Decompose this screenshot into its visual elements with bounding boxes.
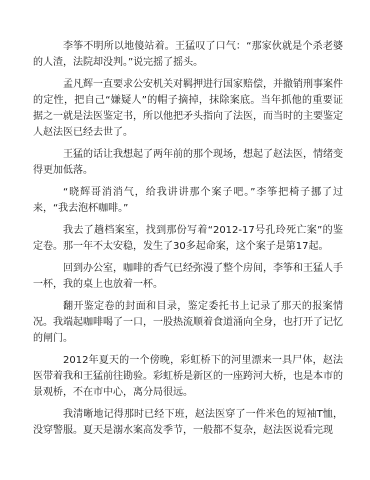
story-paragraph: 孟凡辉一直要求公安机关对羁押进行国家赔偿，并撤销刑事案件的定性，把自己“嫌疑人”…: [33, 77, 343, 141]
story-paragraph: “晓辉哥消消气，给我讲讲那个案子吧。”李筝把椅子挪了过来，“我去泡杯咖啡。”: [33, 185, 343, 217]
story-paragraph: 李筝不明所以地傻站着。王猛叹了口气：“那家伙就是个杀老婆的人渣，法院却没判。”说…: [33, 39, 343, 71]
story-paragraph: 2012年夏天的一个傍晚，彩虹桥下的河里漂来一具尸体，赵法医带着我和王猛前往勘验…: [33, 353, 343, 401]
story-paragraph: 王猛的话让我想起了两年前的那个现场，想起了赵法医，情绪变得更加低落。: [33, 147, 343, 179]
story-paragraph: 我去了趟档案室，找到那份写着“2012-17号孔玲死亡案”的鉴定卷。那一年不太安…: [33, 223, 343, 255]
story-paragraph: 翻开鉴定卷的封面和目录，鉴定委托书上记录了那天的报案情况。我端起咖啡喝了一口，一…: [33, 299, 343, 347]
story-paragraph: 回到办公室，咖啡的香气已经弥漫了整个房间，李筝和王猛人手一杯，我的桌上也放着一杯…: [33, 261, 343, 293]
story-paragraph: 我清晰地记得那时已经下班，赵法医穿了一件米色的短袖T恤，没穿警服。夏天是溺水案高…: [33, 407, 343, 439]
reader-page: 李筝不明所以地傻站着。王猛叹了口气：“那家伙就是个杀老婆的人渣，法院却没判。”说…: [0, 0, 370, 480]
